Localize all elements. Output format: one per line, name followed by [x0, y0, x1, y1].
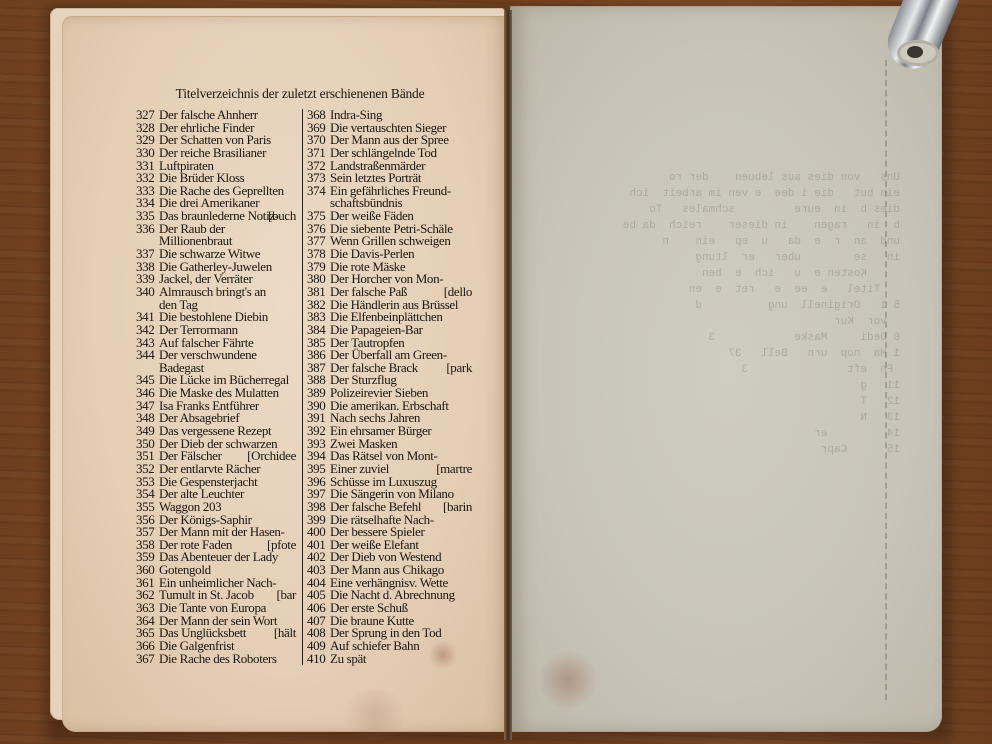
- volume-title: Der verschwundene: [159, 347, 257, 362]
- stain: [340, 690, 410, 740]
- list-item: 336Der Raub der: [136, 223, 296, 236]
- title-column-2: 368Indra-Sing369Die vertauschten Sieger3…: [302, 109, 472, 665]
- title-continuation: [barin: [443, 501, 472, 514]
- volume-number: 367: [136, 653, 159, 666]
- list-item: 344Der verschwundene: [136, 349, 296, 362]
- title-continuation: [martre: [436, 463, 472, 476]
- volume-number: 410: [307, 653, 330, 666]
- volume-number: 340: [136, 286, 159, 299]
- volume-title: Zu spät: [330, 651, 366, 666]
- volume-title: Der Raub der: [159, 221, 225, 236]
- volume-title: Ein gefährliches Freund-: [330, 183, 451, 198]
- volume-number: 374: [307, 185, 330, 198]
- title-continuation: [buch: [268, 210, 296, 223]
- list-item: 340Almrausch bringt's an: [136, 286, 296, 299]
- volume-number: 336: [136, 223, 159, 236]
- pen-end-cap: [897, 40, 939, 66]
- stain: [538, 650, 598, 710]
- faint-frame-line: [885, 60, 889, 700]
- book-spine: [504, 10, 512, 740]
- title-continuation: [hält: [274, 627, 296, 640]
- volume-title: Die Rache des Roboters: [159, 651, 277, 666]
- title-continuation: [park: [446, 362, 472, 375]
- list-heading: Titelverzeichnis der zuletzt erschienene…: [130, 86, 470, 102]
- title-continuation: [bar: [276, 589, 296, 602]
- volume-title: Almrausch bringt's an: [159, 284, 266, 299]
- list-item: 374Ein gefährliches Freund-: [307, 185, 472, 198]
- bleed-through-text: Uns von dies aus lebuen der ro ein but d…: [530, 170, 900, 690]
- list-item: 367Die Rache des Roboters: [136, 653, 296, 666]
- volume-number: 344: [136, 349, 159, 362]
- title-column-1: 327Der falsche Ahnherr328Der ehrliche Fi…: [136, 109, 296, 665]
- list-item: 410Zu spät: [307, 653, 472, 666]
